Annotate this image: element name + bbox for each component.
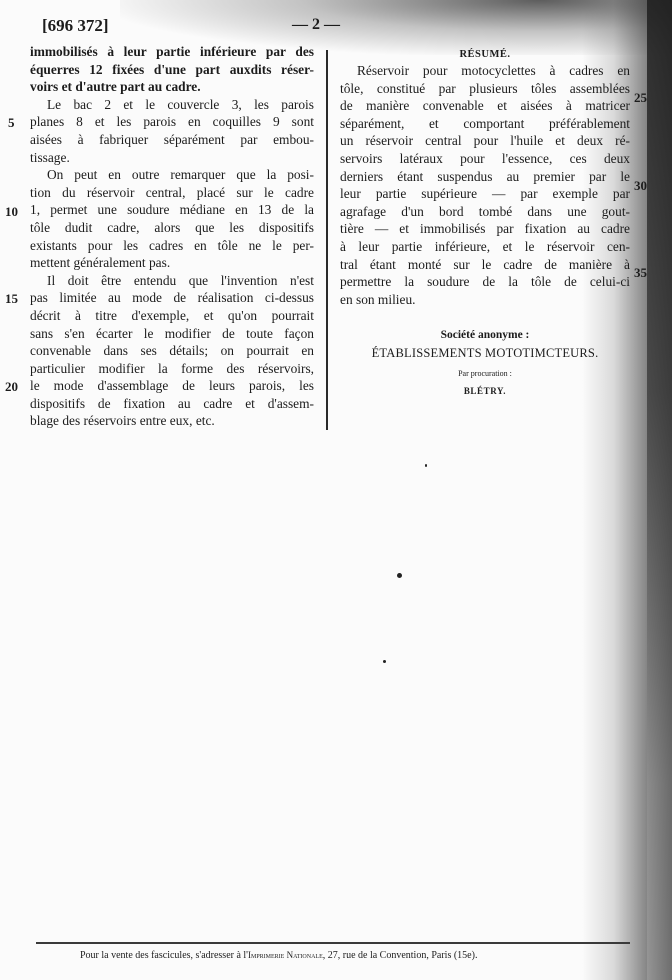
text-line: planes 8 et les parois en coquilles 9 so… bbox=[30, 113, 314, 131]
text-line: convenable dans ses détails; on pourrait… bbox=[30, 342, 314, 360]
text-line: un réservoir central pour l'huile et deu… bbox=[340, 132, 630, 150]
text-line: tion du réservoir central, placé sur le … bbox=[30, 184, 314, 202]
footer-text-before: Pour la vente des fascicules, s'adresser… bbox=[80, 950, 248, 961]
text-line: mettent généralement pas. bbox=[30, 254, 314, 272]
column-divider bbox=[326, 50, 328, 430]
signatory-name: BLÉTRY. bbox=[340, 386, 630, 396]
scan-speck bbox=[383, 660, 386, 663]
right-column-body: Réservoir pour motocyclettes à cadres en… bbox=[340, 62, 630, 308]
text-line: tôle dudit cadre, alors que les disposit… bbox=[30, 219, 314, 237]
text-line: pas limitée au mode de réalisation ci-de… bbox=[30, 289, 314, 307]
line-number: 25 bbox=[634, 90, 647, 106]
footer-printer: Imprimerie Nationale bbox=[248, 950, 323, 960]
text-line: particulier modifier la forme des réserv… bbox=[30, 360, 314, 378]
text-line: dispositifs de fixation au cadre et d'as… bbox=[30, 395, 314, 413]
text-line: Réservoir pour motocyclettes à cadres en bbox=[340, 62, 630, 80]
line-number: 30 bbox=[634, 178, 647, 194]
footer-note: Pour la vente des fascicules, s'adresser… bbox=[80, 950, 640, 961]
proxy-label: Par procuration : bbox=[340, 369, 630, 378]
text-line: en son milieu. bbox=[340, 291, 630, 309]
patent-number: [696 372] bbox=[42, 16, 109, 36]
text-line: voirs et d'autre part au cadre. bbox=[30, 78, 314, 96]
text-line: à leur partie inférieure, et le réservoi… bbox=[340, 238, 630, 256]
footer-text-after: , 27, rue de la Convention, Paris (15e). bbox=[323, 950, 478, 961]
text-line: équerres 12 fixées d'une part auxdits ré… bbox=[30, 61, 314, 79]
text-line: agrafage d'un bord tombé dans une gout- bbox=[340, 203, 630, 221]
text-line: existants pour les cadres en tôle ne le … bbox=[30, 237, 314, 255]
text-line: sans s'en écarter le modifier de toute f… bbox=[30, 325, 314, 343]
line-number: 20 bbox=[5, 379, 18, 395]
scan-edge-right bbox=[647, 0, 672, 980]
text-line: 1, permet une soudure médiane en 13 de l… bbox=[30, 201, 314, 219]
line-number: 5 bbox=[8, 115, 15, 131]
text-line: servoirs latéraux pour l'essence, ces de… bbox=[340, 150, 630, 168]
page-indicator: — 2 — bbox=[292, 16, 340, 34]
text-line: derniers étant suspendus au premier par … bbox=[340, 168, 630, 186]
text-line: On peut en outre remarquer que la posi- bbox=[30, 166, 314, 184]
text-line: permettre la soudure de la tôle de celui… bbox=[340, 273, 630, 291]
scan-speck bbox=[425, 464, 427, 467]
scan-speck bbox=[397, 573, 402, 578]
line-number: 10 bbox=[5, 204, 18, 220]
text-line: leur partie supérieure — par exemple par bbox=[340, 185, 630, 203]
line-number: 35 bbox=[634, 265, 647, 281]
resume-title: RÉSUMÉ. bbox=[340, 49, 630, 60]
line-number: 15 bbox=[5, 291, 18, 307]
text-line: tral étant monté sur le cadre de manière… bbox=[340, 256, 630, 274]
text-line: de manière convenable et aisées à matric… bbox=[340, 97, 630, 115]
left-column-body: immobilisés à leur partie inférieure par… bbox=[30, 43, 314, 430]
footer-rule bbox=[36, 942, 630, 944]
text-line: le mode d'assemblage de leurs parois, le… bbox=[30, 377, 314, 395]
company-name: ÉTABLISSEMENTS MOTOTIMCTEURS. bbox=[340, 346, 630, 361]
text-line: tôle, constitué par plusieurs tôles asse… bbox=[340, 80, 630, 98]
text-line: séparément, et comportant préférablement bbox=[340, 115, 630, 133]
text-line: blage des réservoirs entre eux, etc. bbox=[30, 412, 314, 430]
text-line: tissage. bbox=[30, 149, 314, 167]
company-type: Société anonyme : bbox=[340, 329, 630, 341]
text-line: aisées à fabriquer séparément par embou- bbox=[30, 131, 314, 149]
text-line: Le bac 2 et le couvercle 3, les parois bbox=[30, 96, 314, 114]
text-line: décrit à titre d'exemple, et qu'on pourr… bbox=[30, 307, 314, 325]
text-line: tière — et immobilisés par fixation au c… bbox=[340, 220, 630, 238]
text-line: Il doit être entendu que l'invention n'e… bbox=[30, 272, 314, 290]
text-line: immobilisés à leur partie inférieure par… bbox=[30, 43, 314, 61]
